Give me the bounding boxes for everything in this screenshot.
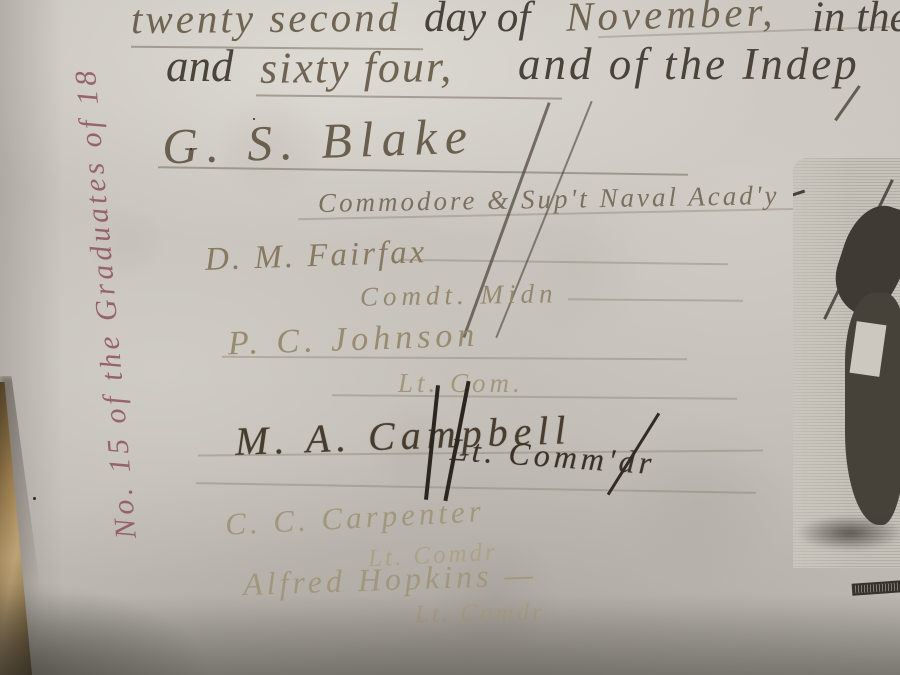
- signature-hopkins-title: Lt. Comdr: [415, 600, 545, 627]
- written-day-of-month: twenty second: [131, 0, 401, 40]
- ink-speck: [253, 118, 255, 120]
- signature-blake-title: Commodore & Sup't Naval Acad'y: [318, 182, 780, 217]
- sailor-engraving: [793, 158, 900, 568]
- signature-hopkins: Alfred Hopkins —: [243, 558, 538, 600]
- printed-day-of: day of: [424, 0, 530, 39]
- pen-flourish-stroke: [834, 85, 860, 121]
- signature-johnson: P. C. Johnson: [227, 319, 479, 362]
- ruled-line-fairfax-title: [568, 298, 743, 301]
- ruled-line-campbell-title: [196, 482, 756, 493]
- signature-fairfax-title: Comdt. Midn: [360, 280, 558, 310]
- signature-campbell-title: Lt. Comm'dr: [449, 433, 656, 479]
- signature-blake: G. S. Blake: [161, 111, 475, 172]
- written-year: sixty four,: [260, 45, 453, 91]
- printed-and: and: [166, 44, 234, 89]
- engraving-caption-plate: [852, 580, 900, 595]
- ruled-line-year: [256, 94, 562, 99]
- ink-speck: [190, 148, 192, 150]
- margin-registry-note: No. 15 of the Graduates of 18: [71, 66, 142, 540]
- engraving-ground-shadow: [793, 508, 900, 558]
- printed-independence: and of the Indep: [518, 42, 860, 87]
- signature-carpenter: C. C. Carpenter: [224, 495, 485, 540]
- engraving-bird-mark: [793, 190, 805, 197]
- ruled-line-johnson-title: [332, 394, 737, 399]
- signature-johnson-title: Lt. Com.: [398, 370, 524, 397]
- framed-certificate-photo: twenty second day of November, in the an…: [0, 0, 900, 675]
- written-month: November,: [565, 0, 776, 38]
- signature-fairfax: D. M. Fairfax: [204, 236, 427, 277]
- printed-in-the: in the: [812, 0, 900, 39]
- ink-speck: [33, 497, 36, 500]
- ruled-line-fairfax: [398, 259, 728, 265]
